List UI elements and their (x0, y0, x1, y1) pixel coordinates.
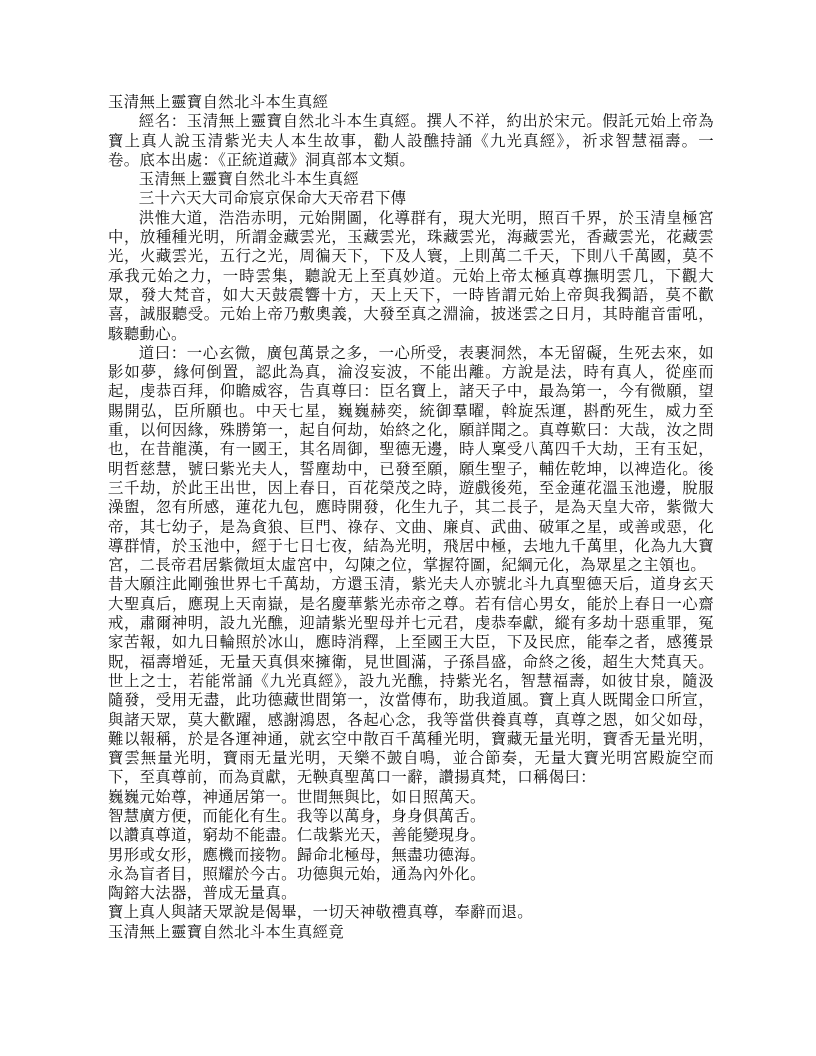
paragraph: 洪惟大道，浩浩赤明，元始開圖，化導群有，現大光明，照百千界，於玉清皇極宮中，放種… (108, 209, 714, 344)
verse-line: 巍巍元始尊，神通居第一。世間無與比，如日照萬天。 (108, 788, 714, 807)
document-subtitle: 玉清無上靈寶自然北斗本生真經 (108, 170, 714, 189)
transmitted-by: 三十六天大司命宸京保命大天帝君下傳 (108, 189, 714, 208)
document-title: 玉清無上靈寶自然北斗本生真經 (108, 93, 714, 112)
end-title: 玉清無上靈寶自然北斗本生真經竟 (108, 923, 714, 942)
verse-line: 永為盲者目，照耀於今古。功德與元始，通為內外化。 (108, 865, 714, 884)
verse-line: 智慧廣方便，而能化有生。我等以萬身，身身俱萬舌。 (108, 807, 714, 826)
document-intro: 經名：玉清無上靈寶自然北斗本生真經。撰人不祥，約出於宋元。假託元始上帝為寶上真人… (108, 112, 714, 170)
verse-line: 以讚真尊道，窮劫不能盡。仁哉紫光天，善能變現身。 (108, 826, 714, 845)
verse-line: 男形或女形，應機而接物。歸命北極母，無盡功德海。 (108, 846, 714, 865)
closing-line: 寶上真人與諸天眾說是偈畢，一切天神敬禮真尊，奉辭而退。 (108, 903, 714, 922)
document-page: 玉清無上靈寶自然北斗本生真經 經名：玉清無上靈寶自然北斗本生真經。撰人不祥，約出… (108, 93, 714, 942)
verse-line: 陶鎔大法器，普成无量真。 (108, 884, 714, 903)
paragraph: 昔大願注此剛強世界七千萬劫，方還玉清，紫光夫人亦號北斗九真聖德天后，道身玄天大聖… (108, 575, 714, 787)
paragraph: 道曰：一心玄微，廣包萬景之多，一心所受，表裹洞然，本无留礙，生死去來，如影如夢，… (108, 344, 714, 576)
